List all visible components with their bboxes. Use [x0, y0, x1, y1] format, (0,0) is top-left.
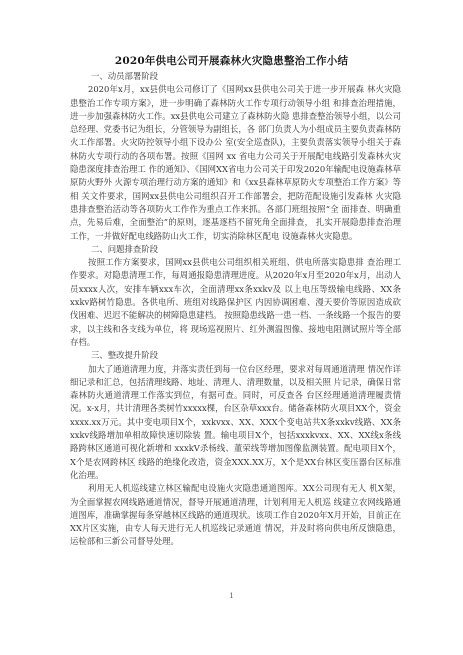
paragraph: 加大了通道清理力度，并落实责任到每一位台区经理，要求对每周通道清理 情况作详细记… [70, 363, 401, 483]
section-heading-2: 二、问题排查阶段 [70, 243, 401, 256]
document-page: 2020年供电公司开展森林火灾隐患整治工作小结 一、动员部署阶段 2020年x月… [0, 0, 463, 655]
page-number: 1 [0, 592, 463, 600]
paragraph: 利用无人机巡线建立林区输配电设施火灾隐患通道图库。XX公司现有无人 机X架，为全… [70, 482, 401, 548]
section-heading-3: 三、整改提升阶段 [70, 349, 401, 362]
section-heading-1: 一、动员部署阶段 [70, 70, 401, 83]
paragraph: 2020年x月，xx县供电公司修订了《国网xx县供电公司关于进一步开展森 林火灾… [70, 83, 401, 243]
document-title: 2020年供电公司开展森林火灾隐患整治工作小结 [0, 53, 463, 68]
paragraph: 按照工作方案要求，国网xx县供电公司组织相关班组、供电所落实隐患排 查治理工作要… [70, 256, 401, 349]
document-body: 一、动员部署阶段 2020年x月，xx县供电公司修订了《国网xx县供电公司关于进… [70, 70, 401, 549]
